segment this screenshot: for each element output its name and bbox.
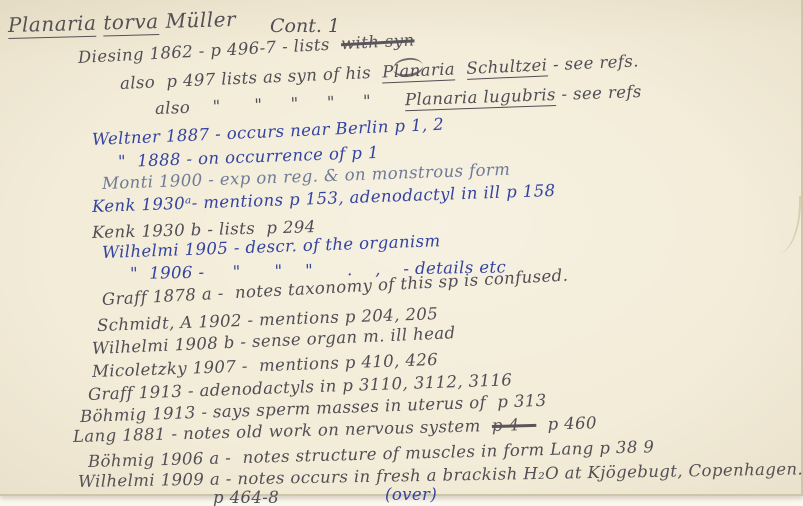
text-segment: with syn — [341, 30, 415, 53]
text-segment: Diesing 1862 - p 496-7 - lists — [78, 34, 342, 67]
entry-page-464: p 464-8 — [213, 488, 279, 506]
index-card: Planaria torva Müller Cont. 1 Diesing 18… — [0, 0, 803, 496]
entry-over-note: (over) — [385, 485, 437, 504]
text-segment: p 464-8 — [213, 488, 279, 506]
photo-of-index-card: { "card": { "title": { "genus": "Planari… — [0, 0, 803, 506]
text-segment: Schultzei — [466, 55, 548, 80]
text-segment: p 4— — [492, 415, 537, 435]
text-segment: also p 497 lists as syn of his — [120, 63, 383, 93]
text-segment: also " " " " " — [155, 90, 406, 118]
text-segment: - see refs. — [547, 51, 639, 74]
text-segment: Weltner 1887 - occurs near Berlin p 1, 2 — [92, 115, 445, 149]
entry-weltner-1887: Weltner 1887 - occurs near Berlin p 1, 2 — [92, 115, 445, 149]
text-segment: Planaria — [382, 59, 456, 83]
continuation-label: Cont. 1 — [270, 15, 340, 37]
card-edge-curl — [777, 196, 801, 254]
text-segment: - see refs — [556, 82, 643, 104]
title-author: Müller — [165, 7, 236, 33]
text-segment: p 460 — [536, 413, 597, 434]
text-segment: (over) — [385, 485, 437, 504]
card-title: Planaria torva Müller — [8, 7, 237, 37]
title-genus: Planaria — [8, 11, 97, 39]
text-segment: Planaria lugubris — [405, 85, 557, 111]
title-species: torva — [103, 9, 159, 36]
text-segment — [455, 59, 467, 78]
